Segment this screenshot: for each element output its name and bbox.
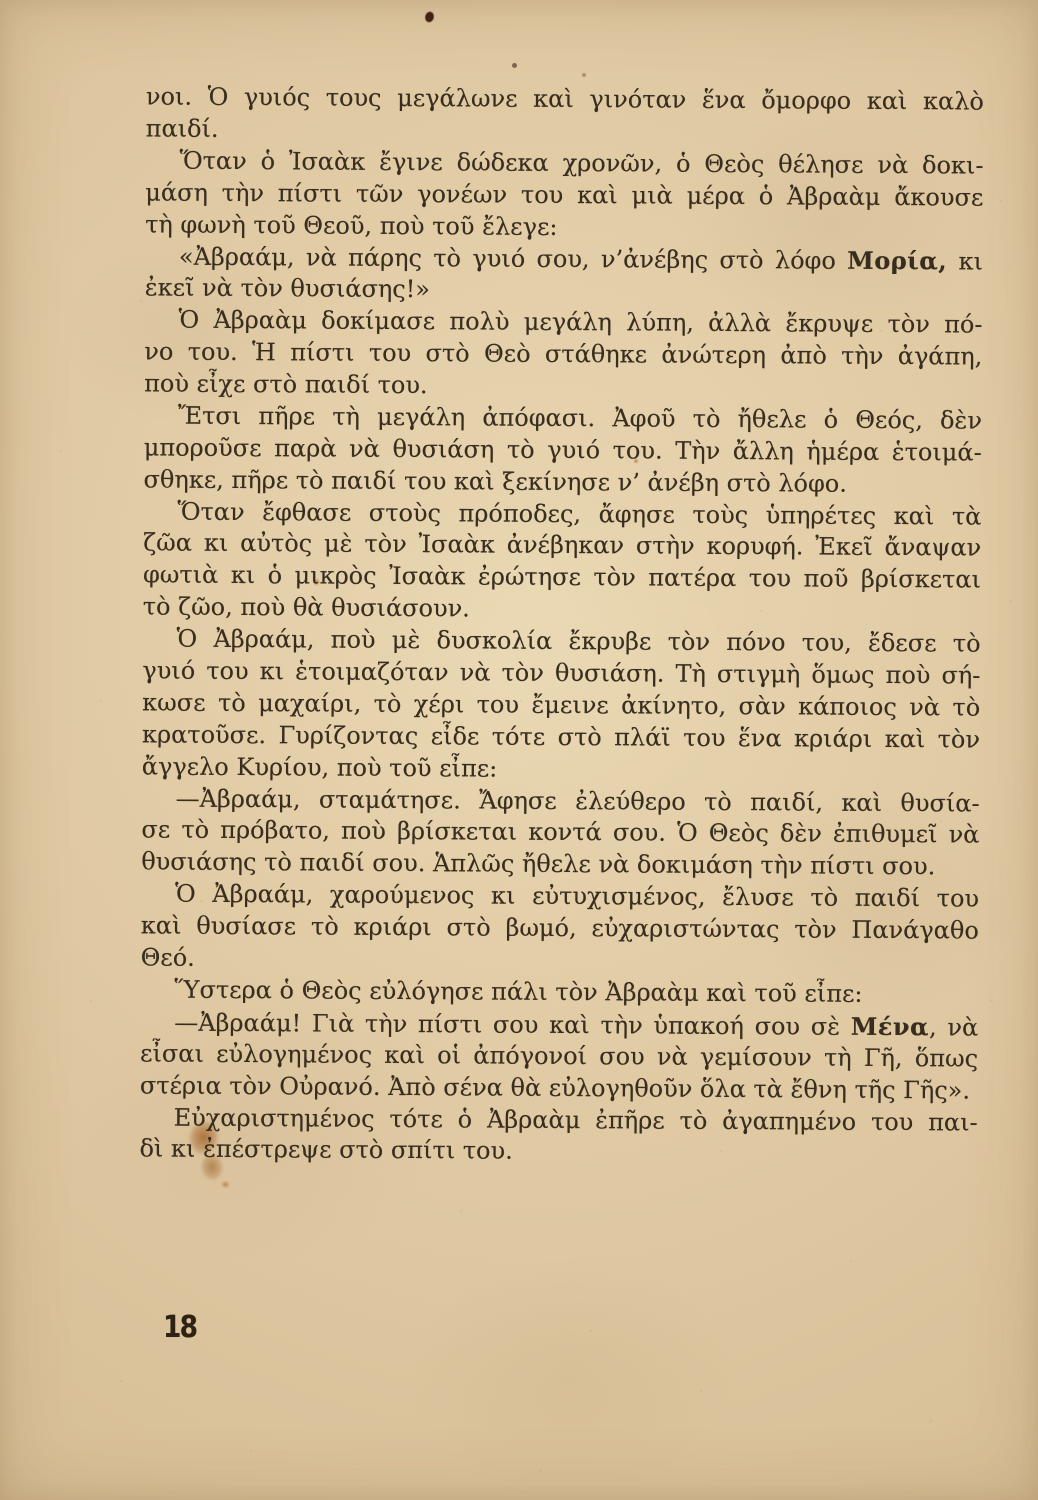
text-segment: , νὰ xyxy=(929,1013,978,1041)
text-segment: —Ἀβραάμ, σταμάτησε. Ἄφησε ἐλεύθερο τὸ πα… xyxy=(176,784,980,817)
text-line: ζῶα κι αὐτὸς μὲ τὸν Ἰσαὰκ ἀνέβηκαν στὴν … xyxy=(143,528,981,565)
text-segment: κρατοῦσε. Γυρίζοντας εἶδε τότε στὸ πλάϊ … xyxy=(142,720,980,753)
text-segment: μποροῦσε παρὰ νὰ θυσιάση τὸ γυιό του. Τὴ… xyxy=(144,433,982,466)
text-segment: —Ἀβραάμ! Γιὰ τὴν πίστι σου καὶ τὴν ὑπακο… xyxy=(174,1008,851,1040)
text-line: φωτιὰ κι ὁ μικρὸς Ἰσαὰκ ἐρώτησε τὸν πατέ… xyxy=(143,560,981,597)
text-segment: κωσε τὸ μαχαίρι, τὸ χέρι του ἔμεινε ἀκίν… xyxy=(142,688,980,721)
text-segment: Θεό. xyxy=(141,943,195,971)
text-segment: σθηκε, πῆρε τὸ παιδί του καὶ ξεκίνησε ν’… xyxy=(143,465,847,497)
text-segment: θυσιάσης τὸ παιδί σου. Ἁπλῶς ἤθελε νὰ δο… xyxy=(141,848,935,881)
text-line: Ἔτσι πῆρε τὴ μεγάλη ἀπόφασι. Ἀφοῦ τὸ ἤθε… xyxy=(144,400,982,437)
text-line: «Ἀβραάμ, νὰ πάρης τὸ γυιό σου, ν’ἀνέβης … xyxy=(145,241,983,278)
text-line: Ὁ Ἀβραὰμ δοκίμασε πολὺ μεγάλη λύπη, ἀλλὰ… xyxy=(144,305,982,342)
text-segment: καὶ θυσίασε τὸ κριάρι στὸ βωμό, εὐχαριστ… xyxy=(141,912,979,945)
text-segment: Ἔτσι πῆρε τὴ μεγάλη ἀπόφασι. Ἀφοῦ τὸ ἤθε… xyxy=(178,402,982,435)
text-segment: ποὺ εἶχε στὸ παιδί του. xyxy=(144,369,428,399)
text-segment: «Ἀβραάμ, νὰ πάρης τὸ γυιό σου, ν’ἀνέβης … xyxy=(179,243,847,275)
text-line: ἐκεῖ νὰ τὸν θυσιάσης!» xyxy=(145,273,983,310)
text-line: Θεό. xyxy=(141,942,979,979)
text-line: καὶ θυσίασε τὸ κριάρι στὸ βωμό, εὐχαριστ… xyxy=(141,911,979,948)
text-segment: Ὅταν ἔφθασε στοὺς πρόποδες, ἄφησε τοὺς ὑ… xyxy=(177,497,981,530)
text-segment: νοι. Ὁ γυιός τους μεγάλωνε καὶ γινόταν ἕ… xyxy=(146,82,984,115)
text-line: στέρια τὸν Οὐρανό. Ἀπὸ σένα θὰ εὐλογηθοῦ… xyxy=(140,1070,978,1107)
text-line: σθηκε, πῆρε τὸ παιδί του καὶ ξεκίνησε ν’… xyxy=(143,464,981,501)
text-line: Ὅταν ὁ Ἰσαὰκ ἔγινε δώδεκα χρονῶν, ὁ Θεὸς… xyxy=(145,145,983,182)
text-line: γυιό του κι ἑτοιμαζόταν νὰ τὸν θυσιάση. … xyxy=(142,655,980,692)
text-segment: Ὁ Ἀβραὰμ δοκίμασε πολὺ μεγάλη λύπη, ἀλλὰ… xyxy=(178,306,982,339)
text-line: —Ἀβραάμ, σταμάτησε. Ἄφησε ἐλεύθερο τὸ πα… xyxy=(142,783,980,820)
text-segment: εἶσαι εὐλογημένος καὶ οἱ ἀπόγονοί σου νὰ… xyxy=(140,1039,978,1075)
bold-word: Μένα xyxy=(851,1012,929,1041)
text-line: τὸ ζῶο, ποὺ θὰ θυσιάσουν. xyxy=(143,592,981,629)
text-line: Ὁ Ἀβραάμ, χαρούμενος κι εὐτυχισμένος, ἔλ… xyxy=(141,879,979,916)
text-segment: ἐκεῖ νὰ τὸν θυσιάσης!» xyxy=(145,274,430,304)
page-number: 18 xyxy=(163,1310,196,1345)
text-segment: κι xyxy=(947,248,983,276)
text-segment: δὶ κι ἐπέστρεψε στὸ σπίτι του. xyxy=(139,1135,512,1165)
text-line: τὴ φωνὴ τοῦ Θεοῦ, ποὺ τοῦ ἔλεγε: xyxy=(145,209,983,246)
text-line: θυσιάσης τὸ παιδί σου. Ἁπλῶς ἤθελε νὰ δο… xyxy=(141,847,979,884)
text-segment: νο του. Ἡ πίστι του στὸ Θεὸ στάθηκε ἀνώτ… xyxy=(144,338,982,371)
text-line: Ὁ Ἀβραάμ, ποὺ μὲ δυσκολία ἔκρυβε τὸν πόν… xyxy=(143,624,981,661)
text-line: εἶσαι εὐλογημένος καὶ οἱ ἀπόγονοί σου νὰ… xyxy=(140,1038,978,1075)
text-line: παιδί. xyxy=(146,113,984,150)
text-line: νο του. Ἡ πίστι του στὸ Θεὸ στάθηκε ἀνώτ… xyxy=(144,337,982,374)
text-segment: στέρια τὸν Οὐρανό. Ἀπὸ σένα θὰ εὐλογηθοῦ… xyxy=(140,1071,970,1104)
text-segment: σε τὸ πρόβατο, ποὺ βρίσκεται κοντά σου. … xyxy=(141,816,979,849)
text-line: μποροῦσε παρὰ νὰ θυσιάση τὸ γυιό του. Τὴ… xyxy=(144,432,982,469)
text-segment: ζῶα κι αὐτὸς μὲ τὸν Ἰσαὰκ ἀνέβηκαν στὴν … xyxy=(143,529,981,562)
text-line: ποὺ εἶχε στὸ παιδί του. xyxy=(144,368,982,405)
text-segment: τὸ ζῶο, ποὺ θὰ θυσιάσουν. xyxy=(143,593,470,623)
paper-speckles xyxy=(0,0,2,2)
text-segment: Ὁ Ἀβραάμ, ποὺ μὲ δυσκολία ἔκρυβε τὸν πόν… xyxy=(177,625,981,658)
text-segment: γυιό του κι ἑτοιμαζόταν νὰ τὸν θυσιάση. … xyxy=(142,656,980,689)
text-segment: Εὐχαριστημένος τότε ὁ Ἀβραὰμ ἐπῆρε τὸ ἀγ… xyxy=(174,1103,978,1136)
text-segment: παιδί. xyxy=(146,114,219,142)
text-line: δὶ κι ἐπέστρεψε στὸ σπίτι του. xyxy=(139,1134,977,1171)
text-line: Εὐχαριστημένος τότε ὁ Ἀβραὰμ ἐπῆρε τὸ ἀγ… xyxy=(140,1102,978,1139)
text-segment: Ὁ Ἀβραάμ, χαρούμενος κι εὐτυχισμένος, ἔλ… xyxy=(175,880,979,913)
text-segment: φωτιὰ κι ὁ μικρὸς Ἰσαὰκ ἐρώτησε τὸν πατέ… xyxy=(143,561,981,594)
text-line: νοι. Ὁ γυιός τους μεγάλωνε καὶ γινόταν ἕ… xyxy=(146,81,984,118)
page-text-block: νοι. Ὁ γυιός τους μεγάλωνε καὶ γινόταν ἕ… xyxy=(139,81,984,1170)
text-line: κρατοῦσε. Γυρίζοντας εἶδε τότε στὸ πλάϊ … xyxy=(142,719,980,756)
text-segment: τὴ φωνὴ τοῦ Θεοῦ, ποὺ τοῦ ἔλεγε: xyxy=(145,210,558,241)
text-line: —Ἀβραάμ! Γιὰ τὴν πίστι σου καὶ τὴν ὑπακο… xyxy=(140,1006,978,1043)
text-line: κωσε τὸ μαχαίρι, τὸ χέρι του ἔμεινε ἀκίν… xyxy=(142,687,980,724)
text-line: σε τὸ πρόβατο, ποὺ βρίσκεται κοντά σου. … xyxy=(141,815,979,852)
bold-word: Μορία, xyxy=(847,246,947,276)
text-line: μάση τὴν πίστι τῶν γονέων του καὶ μιὰ μέ… xyxy=(145,177,983,214)
text-segment: μάση τὴν πίστι τῶν γονέων του καὶ μιὰ μέ… xyxy=(145,178,983,211)
text-line: Ὕστερα ὁ Θεὸς εὐλόγησε πάλι τὸν Ἀβραὰμ κ… xyxy=(140,974,978,1011)
text-segment: ἄγγελο Κυρίου, ποὺ τοῦ εἶπε: xyxy=(142,752,498,782)
text-line: ἄγγελο Κυρίου, ποὺ τοῦ εἶπε: xyxy=(142,751,980,788)
book-page: νοι. Ὁ γυιός τους μεγάλωνε καὶ γινόταν ἕ… xyxy=(0,0,1038,1500)
text-line: Ὅταν ἔφθασε στοὺς πρόποδες, ἄφησε τοὺς ὑ… xyxy=(143,496,981,533)
text-segment: Ὅταν ὁ Ἰσαὰκ ἔγινε δώδεκα χρονῶν, ὁ Θεὸς… xyxy=(179,146,983,179)
text-segment: Ὕστερα ὁ Θεὸς εὐλόγησε πάλι τὸν Ἀβραὰμ κ… xyxy=(174,976,862,1008)
